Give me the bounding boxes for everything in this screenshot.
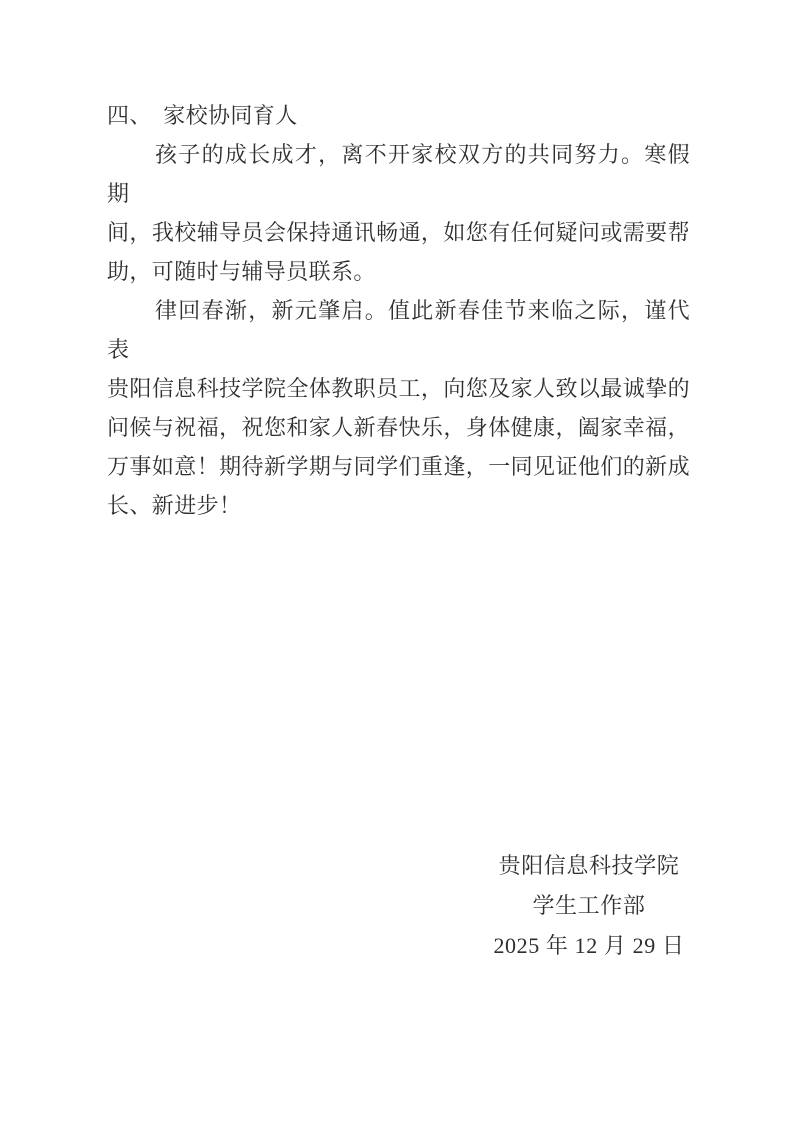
section-heading: 四、 家校协同育人 <box>107 96 690 135</box>
signature-organization: 贵阳信息科技学院 <box>430 846 748 886</box>
body-line: 贵阳信息科技学院全体教职员工，向您及家人致以最诚挚的 <box>107 369 690 408</box>
signature-block: 贵阳信息科技学院 学生工作部 2025 年 12 月 29 日 <box>430 846 748 966</box>
signature-date: 2025 年 12 月 29 日 <box>430 926 748 966</box>
body-line: 孩子的成长成才，离不开家校双方的共同努力。寒假期 <box>107 135 690 213</box>
body-line: 长、新进步！ <box>107 486 690 525</box>
body-line: 间，我校辅导员会保持通讯畅通，如您有任何疑问或需要帮 <box>107 213 690 252</box>
body-line: 助，可随时与辅导员联系。 <box>107 252 690 291</box>
body-line: 律回春渐，新元肇启。值此新春佳节来临之际，谨代表 <box>107 291 690 369</box>
body-line: 万事如意！期待新学期与同学们重逢，一同见证他们的新成 <box>107 447 690 486</box>
document-page: 四、 家校协同育人 孩子的成长成才，离不开家校双方的共同努力。寒假期 间，我校辅… <box>0 0 793 1122</box>
body-line: 问候与祝福，祝您和家人新春快乐，身体健康，阖家幸福， <box>107 408 690 447</box>
document-body: 四、 家校协同育人 孩子的成长成才，离不开家校双方的共同努力。寒假期 间，我校辅… <box>107 96 690 525</box>
signature-department: 学生工作部 <box>430 886 748 926</box>
